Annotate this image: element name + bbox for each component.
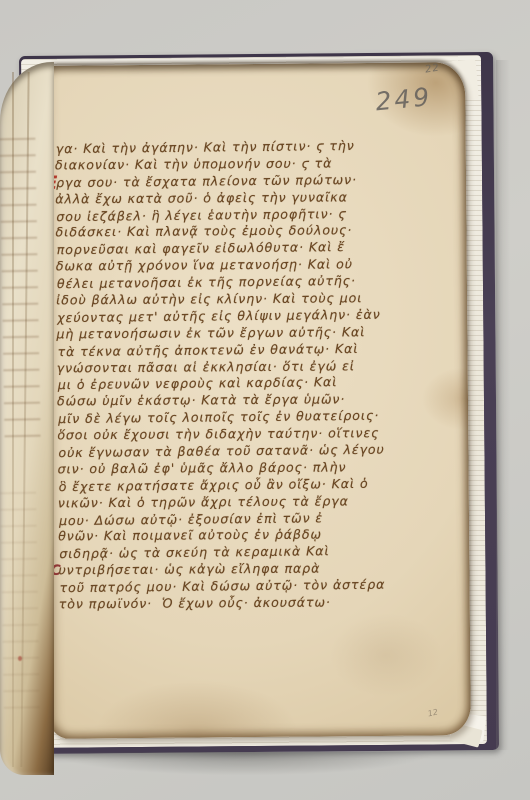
pencil-folio-mark: 22: [424, 62, 440, 75]
photo-backdrop: 22 249 12 Ε ὑ Ϲ γα· Καὶ τὴν ἀγάπην· Καὶ …: [0, 0, 530, 800]
pencil-corner-mark: 12: [427, 707, 439, 718]
pencil-page-number: 249: [374, 82, 433, 116]
manuscript-page: 22 249 12 Ε ὑ Ϲ γα· Καὶ τὴν ἀγάπην· Καὶ …: [43, 62, 471, 739]
ghost-text: [0, 138, 41, 445]
book-side-shadow: [496, 60, 510, 750]
book-shadow: [28, 752, 474, 782]
ghost-text: [0, 492, 40, 723]
facing-page-stack: [0, 62, 54, 775]
text-block: γα· Καὶ τὴν ἀγάπην· Καὶ τὴν πίστιν· ϛ τὴ…: [55, 137, 464, 613]
manuscript-line: τὸν πρωϊνόν· Ὁ ἔχων οὖς· ἀκουσάτω·: [59, 594, 464, 614]
book: 22 249 12 Ε ὑ Ϲ γα· Καὶ τὴν ἀγάπην· Καὶ …: [17, 44, 501, 758]
red-ink-speck: [18, 656, 22, 661]
